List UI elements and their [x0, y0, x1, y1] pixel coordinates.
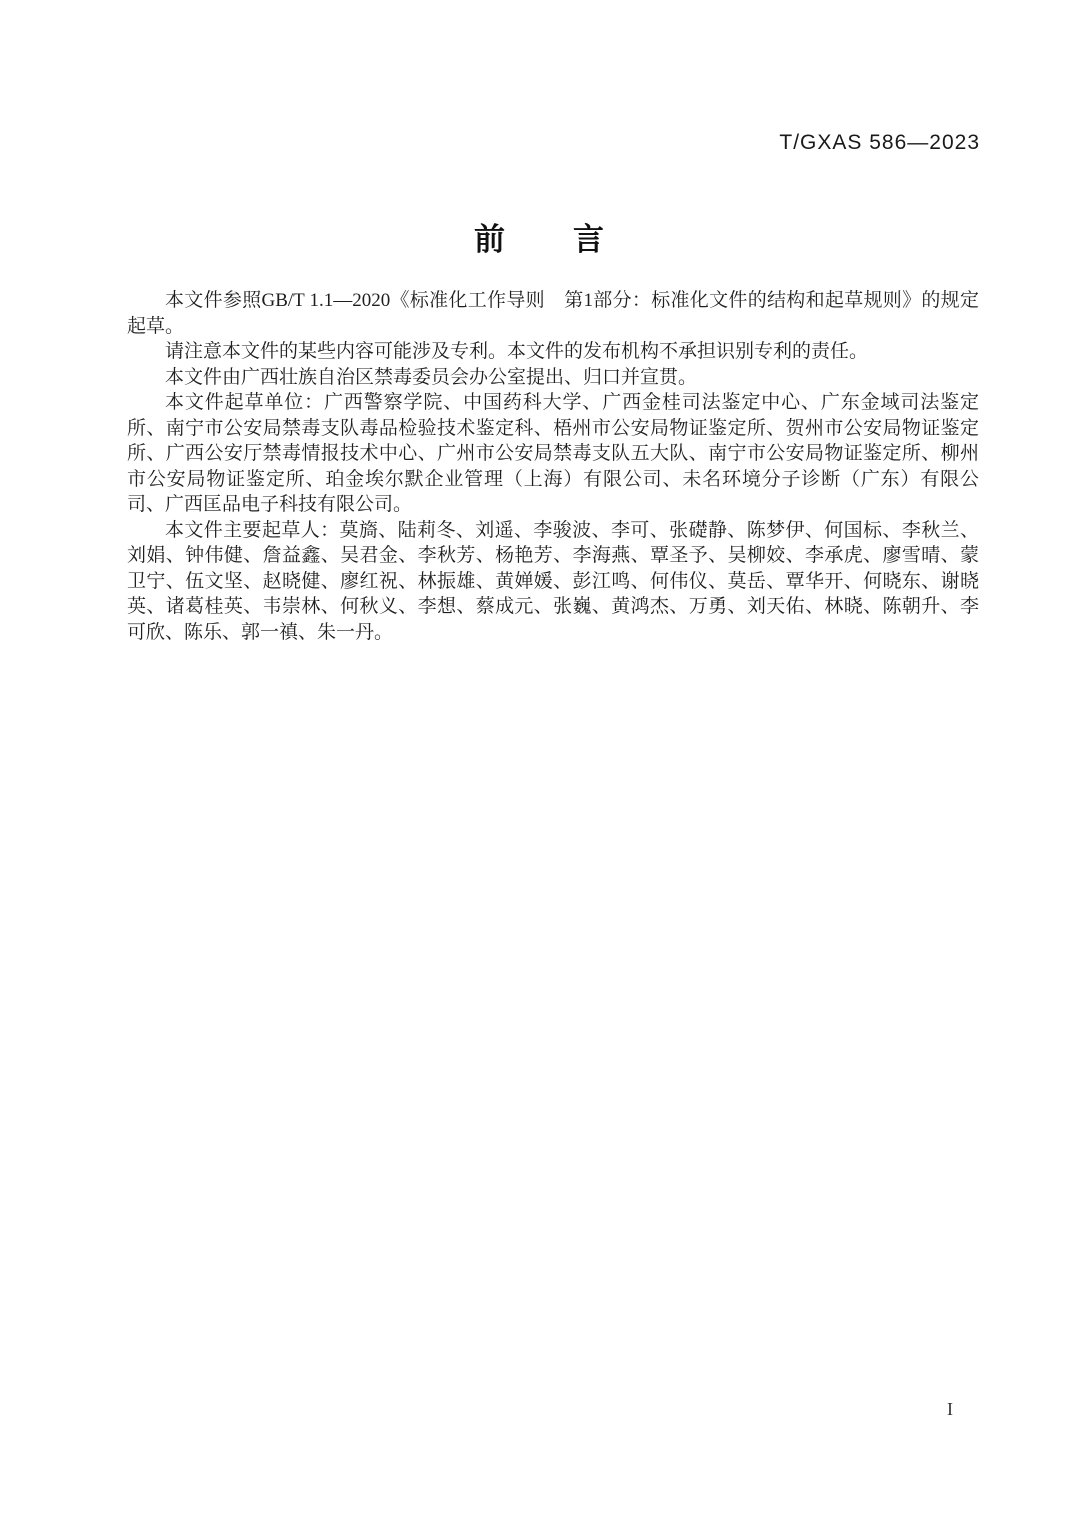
paragraph-drafting-organizations: 本文件起草单位：广西警察学院、中国药科大学、广西金桂司法鉴定中心、广东金域司法鉴… [127, 390, 979, 518]
paragraph-proposing-body: 本文件由广西壮族自治区禁毒委员会办公室提出、归口并宣贯。 [127, 365, 979, 391]
page-title: 前 言 [0, 214, 1080, 259]
paragraph-drafting-basis: 本文件参照GB/T 1.1—2020《标准化工作导则 第1部分：标准化文件的结构… [127, 288, 979, 339]
standard-number: T/GXAS 586—2023 [779, 131, 980, 155]
paragraph-patent-notice: 请注意本文件的某些内容可能涉及专利。本文件的发布机构不承担识别专利的责任。 [127, 339, 979, 365]
page-number: I [947, 1399, 953, 1420]
foreword-body: 本文件参照GB/T 1.1—2020《标准化工作导则 第1部分：标准化文件的结构… [127, 288, 979, 645]
paragraph-main-drafters: 本文件主要起草人：莫旖、陆莉冬、刘遥、李骏波、李可、张礎静、陈梦伊、何国标、李秋… [127, 518, 979, 646]
document-page: T/GXAS 586—2023 前 言 本文件参照GB/T 1.1—2020《标… [0, 0, 1080, 1527]
